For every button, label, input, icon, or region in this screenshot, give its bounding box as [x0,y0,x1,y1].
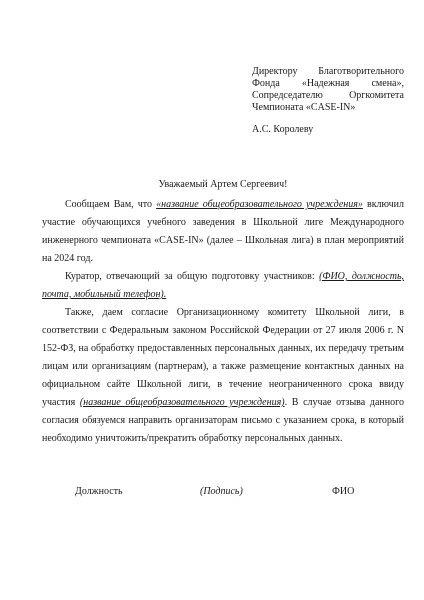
fio-label: ФИО [332,486,354,498]
paragraph-curator: Куратор, отвечающий за общую подготовку … [42,268,404,304]
letter-body: Сообщаем Вам, что «название общеобразова… [42,196,404,448]
addressee-line: Директору Благотворительного [252,66,404,78]
paragraph-text: Сообщаем Вам, что [65,199,156,210]
paragraph-consent: Также, даем согласие Организационному ко… [42,304,404,448]
document-page: Директору Благотворительного Фонда «Наде… [0,0,424,600]
addressee-name: А.С. Королеву [252,124,404,136]
position-label: Должность [75,486,123,498]
addressee-line: Сопредседателю Оргкомитета [252,90,404,102]
paragraph-text: Также, даем согласие Организационному ко… [42,307,404,408]
addressee-line: Фонда «Надежная смена», [252,78,404,90]
paragraph-announcement: Сообщаем Вам, что «название общеобразова… [42,196,404,268]
signature-label: (Подпись) [200,486,243,498]
addressee-line: Чемпионата «CASE-IN» [252,102,404,114]
greeting: Уважаемый Артем Сергеевич! [42,178,404,192]
institution-placeholder: «название общеобразовательного учреждени… [156,199,363,210]
paragraph-text: Куратор, отвечающий за общую подготовку … [65,271,319,282]
institution-placeholder: (название общеобразовательного учреждени… [80,397,285,408]
addressee-block: Директору Благотворительного Фонда «Наде… [252,66,404,136]
